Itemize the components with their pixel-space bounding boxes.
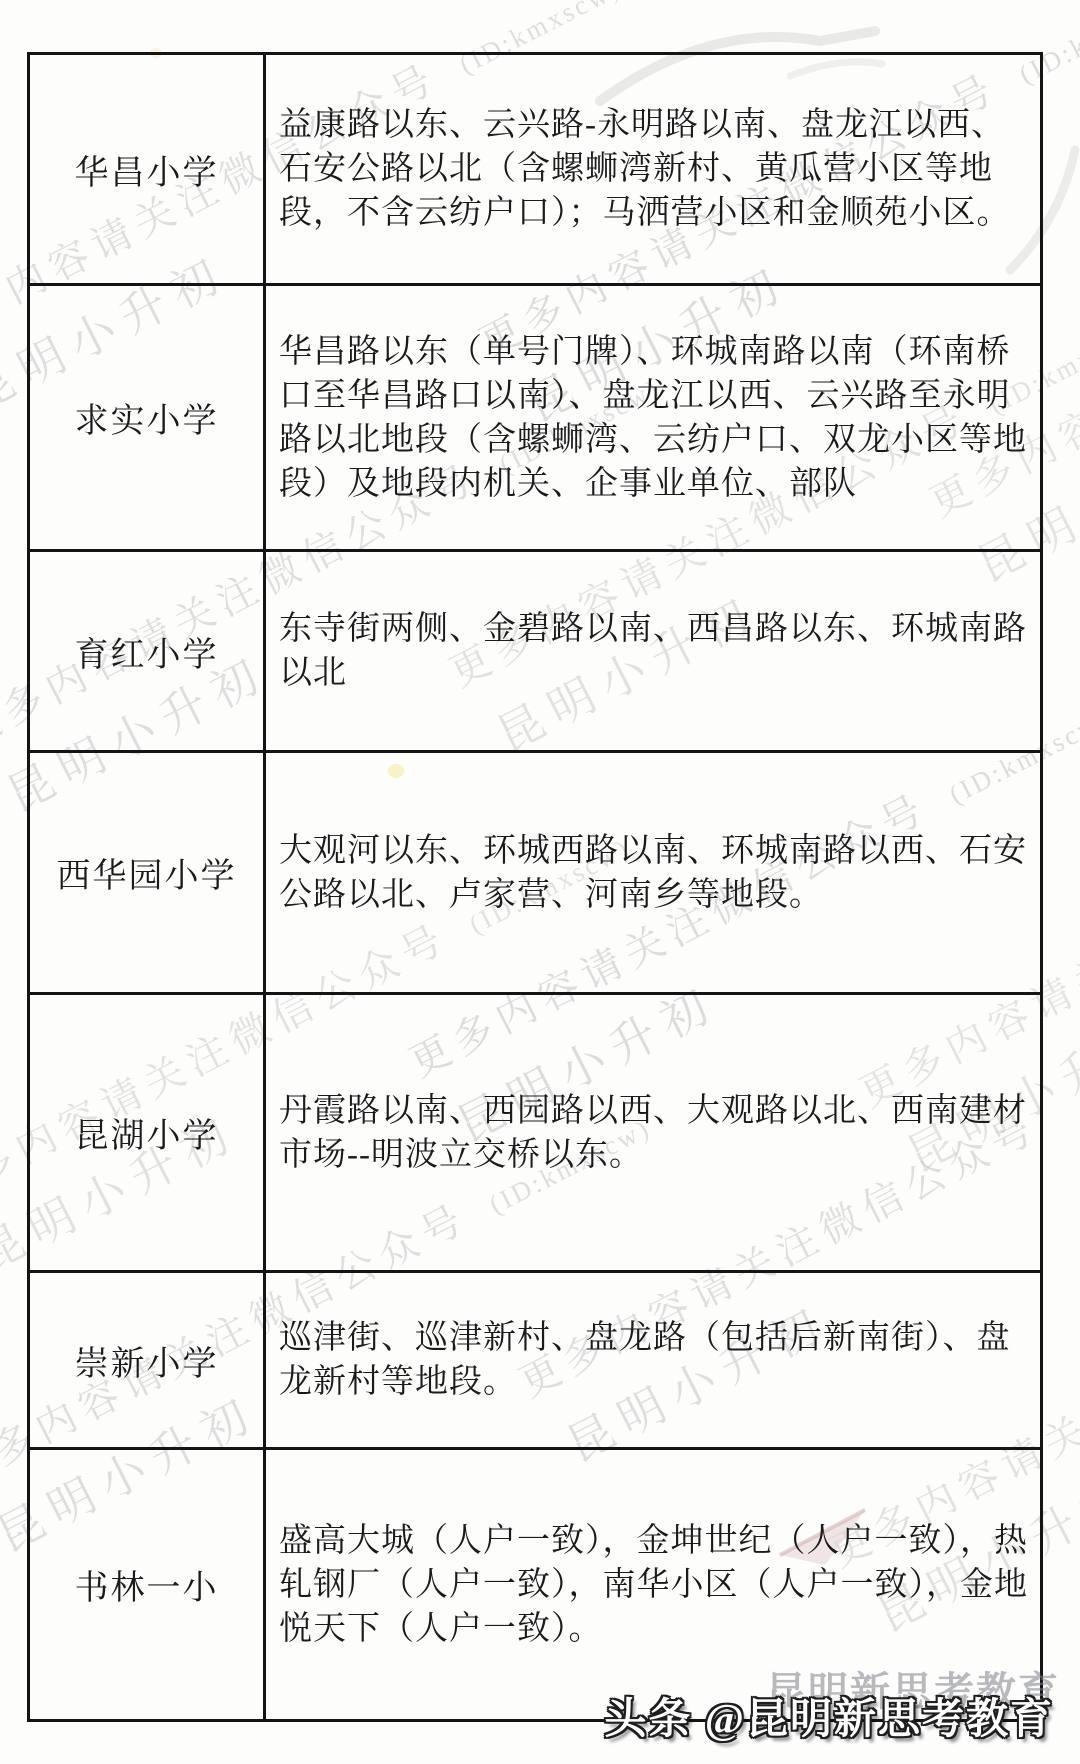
district-cell: 华昌路以东（单号门牌）、环城南路以南（环南桥口至华昌路口以南）、盘龙江以西、云兴… [266,286,1040,549]
table-row: 华昌小学 益康路以东、云兴路-永明路以南、盘龙江以西、石安公路以北（含螺蛳湾新村… [30,55,1040,286]
table-row: 崇新小学 巡津街、巡津新村、盘龙路（包括后新南街）、盘龙新村等地段。 [30,1273,1040,1450]
school-name-cell: 华昌小学 [30,55,266,283]
table-row: 育红小学 东寺街两侧、金碧路以南、西昌路以东、环城南路以北 [30,552,1040,753]
school-district-table: 华昌小学 益康路以东、云兴路-永明路以南、盘龙江以西、石安公路以北（含螺蛳湾新村… [27,52,1043,1722]
school-name-cell: 西华园小学 [30,753,266,992]
school-name-cell: 书林一小 [30,1450,266,1719]
table-row: 昆湖小学 丹霞路以南、西园路以西、大观路以北、西南建材市场--明波立交桥以东。 [30,995,1040,1273]
district-cell: 大观河以东、环城西路以南、环城南路以西、石安公路以北、卢家营、河南乡等地段。 [266,753,1040,992]
table-row: 书林一小 盛高大城（人户一致），金坤世纪（人户一致），热轧钢厂（人户一致），南华… [30,1450,1040,1719]
district-cell: 东寺街两侧、金碧路以南、西昌路以东、环城南路以北 [266,552,1040,750]
district-cell: 盛高大城（人户一致），金坤世纪（人户一致），热轧钢厂（人户一致），南华小区（人户… [266,1450,1040,1719]
district-text: 丹霞路以南、西园路以西、大观路以北、西南建材市场--明波立交桥以东。 [279,1089,1030,1177]
page-canvas: 更多内容请关注微信公众号(ID:kmxscw) 昆明小升初 更多内容请关注微信公… [0,0,1080,1764]
school-name-cell: 育红小学 [30,552,266,750]
district-text: 盛高大城（人户一致），金坤世纪（人户一致），热轧钢厂（人户一致），南华小区（人户… [279,1519,1030,1651]
school-name-cell: 求实小学 [30,286,266,549]
district-text: 华昌路以东（单号门牌）、环城南路以南（环南桥口至华昌路口以南）、盘龙江以西、云兴… [279,330,1030,506]
table-row: 西华园小学 大观河以东、环城西路以南、环城南路以西、石安公路以北、卢家营、河南乡… [30,753,1040,995]
school-name-cell: 昆湖小学 [30,995,266,1270]
district-text: 益康路以东、云兴路-永明路以南、盘龙江以西、石安公路以北（含螺蛳湾新村、黄瓜营小… [279,103,1030,235]
district-cell: 益康路以东、云兴路-永明路以南、盘龙江以西、石安公路以北（含螺蛳湾新村、黄瓜营小… [266,55,1040,283]
district-text: 巡津街、巡津新村、盘龙路（包括后新南街）、盘龙新村等地段。 [279,1316,1030,1404]
table-row: 求实小学 华昌路以东（单号门牌）、环城南路以南（环南桥口至华昌路口以南）、盘龙江… [30,286,1040,552]
district-text: 东寺街两侧、金碧路以南、西昌路以东、环城南路以北 [279,607,1030,695]
district-cell: 丹霞路以南、西园路以西、大观路以北、西南建材市场--明波立交桥以东。 [266,995,1040,1270]
school-name-cell: 崇新小学 [30,1273,266,1447]
district-cell: 巡津街、巡津新村、盘龙路（包括后新南街）、盘龙新村等地段。 [266,1273,1040,1447]
district-text: 大观河以东、环城西路以南、环城南路以西、石安公路以北、卢家营、河南乡等地段。 [279,829,1030,917]
